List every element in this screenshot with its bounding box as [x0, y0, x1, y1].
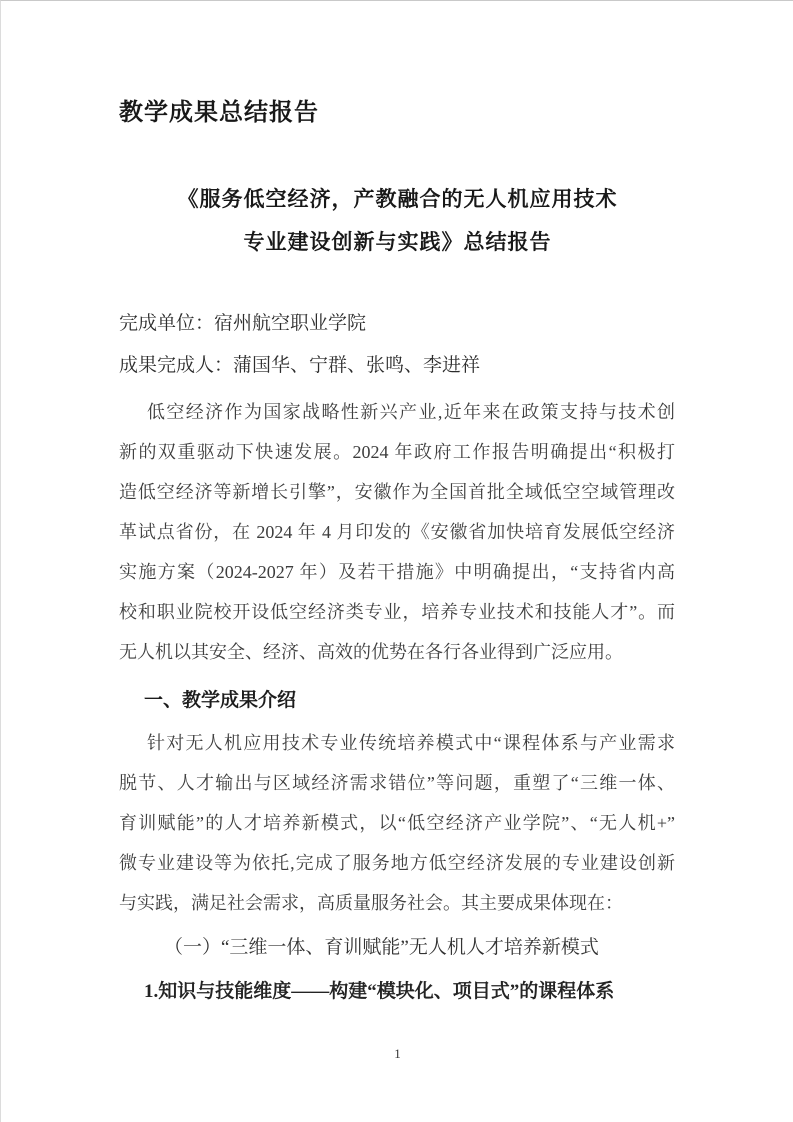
paragraph-1-line-1: 低空经济作为国家战略性新兴产业,近年来在政策支持与技术创 — [119, 400, 675, 424]
paragraph-1-line-7: 无人机以其安全、经济、高效的优势在各行各业得到广泛应用。 — [119, 640, 675, 664]
report-header-label: 教学成果总结报告 — [119, 101, 675, 125]
report-title-line-1: 《服务低空经济，产教融合的无人机应用技术 — [1, 188, 793, 212]
paragraph-2-line-1: 针对无人机应用技术专业传统培养模式中“课程体系与产业需求 — [119, 731, 675, 755]
subsection-heading-1: （一）“三维一体、育训赋能”无人机人才培养新模式 — [119, 936, 675, 960]
paragraph-2-line-5: 与实践，满足社会需求，高质量服务社会。其主要成果体现在： — [119, 891, 675, 915]
paragraph-1-line-4: 革试点省份，在 2024 年 4 月印发的《安徽省加快培育发展低空经济 — [119, 520, 675, 544]
paragraph-1-line-3: 造低空经济等新增长引擎”，安徽作为全国首批全域低空空域管理改 — [119, 480, 675, 504]
paragraph-2-line-2: 脱节、人才输出与区域经济需求错位”等问题，重塑了“三维一体、 — [119, 771, 675, 795]
page-number: 1 — [1, 1042, 793, 1066]
report-page: 教学成果总结报告 《服务低空经济，产教融合的无人机应用技术 专业建设创新与实践》… — [0, 0, 793, 1122]
paragraph-2-line-4: 微专业建设等为依托,完成了服务地方低空经济发展的专业建设创新 — [119, 851, 675, 875]
paragraph-2-line-3: 育训赋能”的人才培养新模式，以“低空经济产业学院”、“无人机+” — [119, 811, 675, 835]
authors-line: 成果完成人：蒲国华、宁群、张鸣、李进祥 — [119, 354, 675, 378]
section-heading-1: 一、教学成果介绍 — [119, 689, 675, 713]
paragraph-1-line-2: 新的双重驱动下快速发展。2024 年政府工作报告明确提出“积极打 — [119, 440, 675, 464]
completion-unit-line: 完成单位：宿州航空职业学院 — [119, 312, 675, 336]
paragraph-1-line-6: 校和职业院校开设低空经济类专业，培养专业技术和技能人才”。而 — [119, 600, 675, 624]
paragraph-1-line-5: 实施方案（2024-2027 年）及若干措施》中明确提出，“支持省内高 — [119, 560, 675, 584]
report-title-line-2: 专业建设创新与实践》总结报告 — [1, 231, 793, 255]
point-heading-1: 1.知识与技能维度——构建“模块化、项目式”的课程体系 — [119, 980, 675, 1004]
